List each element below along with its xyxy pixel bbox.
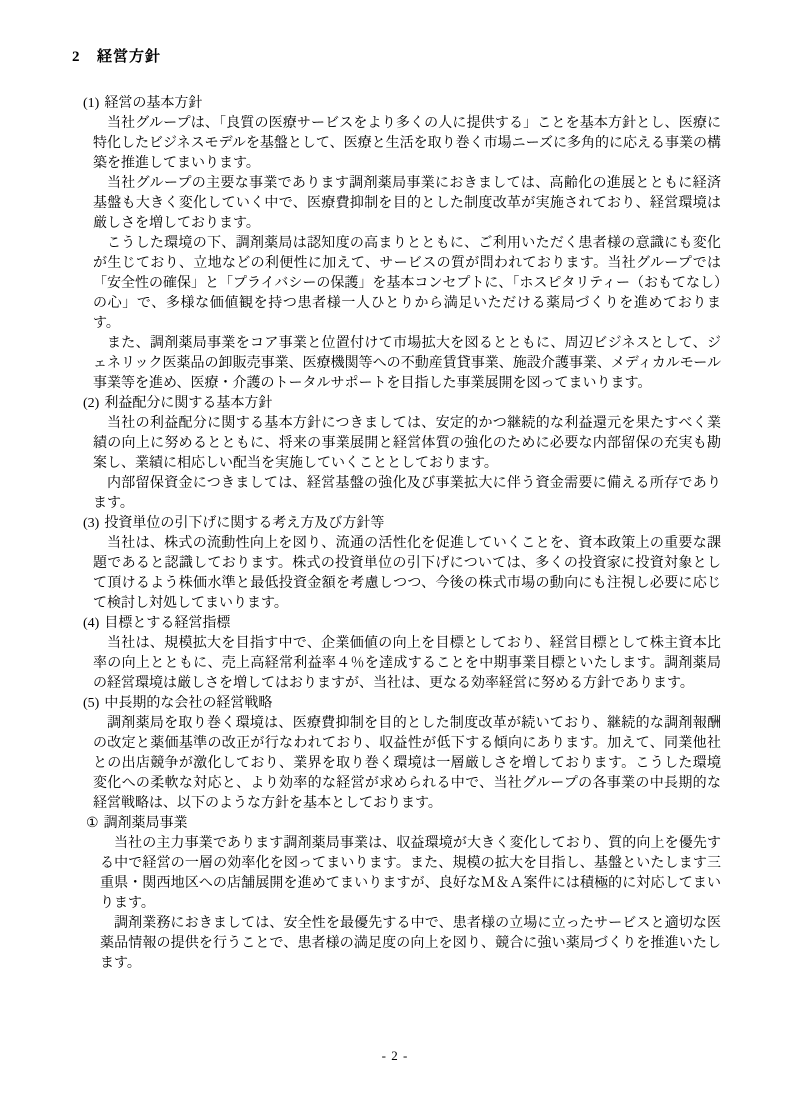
section-title: 目標とする経営指標	[104, 616, 230, 631]
section-title: 経営の基本方針	[104, 96, 202, 111]
paragraph: 当社は、株式の流動性向上を図り、流通の活性化を促進していくことを、資本政策上の重…	[93, 534, 721, 614]
page-title-number: 2	[72, 47, 97, 67]
section-marker: (2)	[83, 394, 99, 414]
paragraph: 当社グループは、「良質の医療サービスをより多くの人に提供する」ことを基本方針とし…	[93, 114, 721, 174]
paragraph: また、調剤薬局事業をコア事業と位置付けて市場拡大を図るとともに、周辺ビジネスとし…	[93, 334, 721, 394]
section-heading: (4)目標とする経営指標	[83, 614, 790, 634]
section-heading: (2)利益配分に関する基本方針	[83, 394, 790, 414]
page-title-text: 経営方針	[97, 49, 161, 65]
paragraph: こうした環境の下、調剤薬局は認知度の高まりとともに、ご利用いただく患者様の意識に…	[93, 234, 721, 334]
subsection-title: 調剤薬局事業	[104, 816, 188, 831]
section-title: 投資単位の引下げに関する考え方及び方針等	[104, 516, 384, 531]
page-number: - 2 -	[0, 1048, 790, 1064]
section-heading: (5)中長期的な会社の経営戦略	[83, 694, 790, 714]
section-mid-long-term-strategy: (5)中長期的な会社の経営戦略 調剤薬局を取り巻く環境は、医療費抑制を目的とした…	[0, 694, 790, 974]
section-title: 中長期的な会社の経営戦略	[104, 696, 272, 711]
section-marker: (1)	[83, 94, 99, 114]
section-heading: (3)投資単位の引下げに関する考え方及び方針等	[83, 514, 790, 534]
section-heading: (1)経営の基本方針	[83, 94, 790, 114]
section-marker: (4)	[83, 614, 99, 634]
section-marker: (3)	[83, 514, 99, 534]
section-investment-unit: (3)投資単位の引下げに関する考え方及び方針等 当社は、株式の流動性向上を図り、…	[0, 514, 790, 614]
subsection-dispensing-pharmacy: ①調剤薬局事業 当社の主力事業であります調剤薬局事業は、収益環境が大きく変化して…	[0, 814, 790, 974]
subsection-heading: ①調剤薬局事業	[86, 814, 790, 834]
page-title: 2経営方針	[72, 0, 790, 67]
subsection-marker: ①	[86, 814, 99, 834]
section-basic-policy: (1)経営の基本方針 当社グループは、「良質の医療サービスをより多くの人に提供す…	[0, 94, 790, 394]
paragraph: 当社の主力事業であります調剤薬局事業は、収益環境が大きく変化しており、質的向上を…	[100, 834, 721, 914]
document-body: (1)経営の基本方針 当社グループは、「良質の医療サービスをより多くの人に提供す…	[0, 94, 790, 974]
section-title: 利益配分に関する基本方針	[104, 396, 272, 411]
paragraph: 調剤業務におきましては、安全性を最優先する中で、患者様の立場に立ったサービスと適…	[100, 914, 721, 974]
paragraph: 当社は、規模拡大を目指す中で、企業価値の向上を目標としており、経営目標として株主…	[93, 634, 721, 694]
paragraph: 当社グループの主要な事業であります調剤薬局事業におきましては、高齢化の進展ととも…	[93, 174, 721, 234]
section-management-indicators: (4)目標とする経営指標 当社は、規模拡大を目指す中で、企業価値の向上を目標とし…	[0, 614, 790, 694]
paragraph: 調剤薬局を取り巻く環境は、医療費抑制を目的とした制度改革が続いており、継続的な調…	[93, 714, 721, 814]
section-marker: (5)	[83, 694, 99, 714]
paragraph: 当社の利益配分に関する基本方針につきましては、安定的かつ継続的な利益還元を果たす…	[93, 414, 721, 474]
paragraph: 内部留保資金につきましては、経営基盤の強化及び事業拡大に伴う資金需要に備える所存…	[93, 474, 721, 514]
document-page: 2経営方針 (1)経営の基本方針 当社グループは、「良質の医療サービスをより多く…	[0, 0, 790, 1118]
section-profit-distribution: (2)利益配分に関する基本方針 当社の利益配分に関する基本方針につきましては、安…	[0, 394, 790, 514]
